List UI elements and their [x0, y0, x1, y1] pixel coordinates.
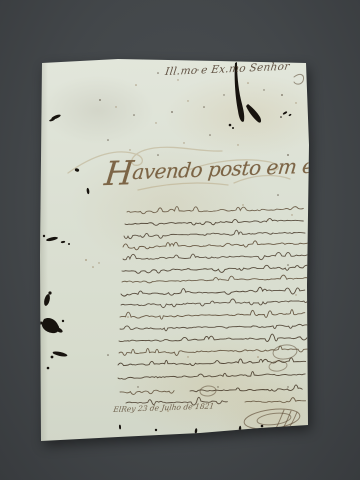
ink-speck [203, 106, 205, 108]
handwriting-line [127, 207, 303, 214]
ink-speck [155, 122, 156, 123]
ink-speck [107, 139, 109, 141]
ink-speck [291, 214, 292, 215]
ink-speck [287, 264, 289, 266]
ink-speck [98, 262, 99, 263]
ink-speck [187, 100, 188, 101]
signature-loop [256, 411, 291, 426]
ink-blot [48, 291, 51, 294]
ink-blot [46, 236, 58, 242]
handwriting-line [121, 299, 307, 308]
ink-speck [133, 114, 135, 116]
ink-blot [47, 367, 50, 370]
ink-speck [223, 94, 224, 95]
ink-blot [239, 426, 242, 433]
ink-speck [135, 84, 137, 86]
ink-blot [68, 243, 70, 245]
handwriting-line [118, 358, 306, 366]
handwriting-line [119, 334, 307, 342]
ink-speck [237, 144, 238, 145]
ink-blot [52, 350, 68, 357]
ink-blot [42, 318, 59, 333]
ink-speck [247, 82, 249, 84]
ink-blot [40, 322, 43, 325]
ink-blot [261, 425, 264, 428]
ink-speck [115, 106, 116, 107]
ink-speck [277, 194, 279, 196]
ink-speck [187, 356, 188, 357]
handwriting-line [120, 324, 309, 330]
paper-shadow-wrap: Ill.mo e Ex.mo Senhor Havendo posto em e… [38, 55, 310, 445]
ink-blot [282, 111, 287, 115]
flourish-loop [268, 360, 287, 372]
ink-blot [43, 294, 51, 307]
ink-speck [171, 111, 173, 113]
ink-speck [157, 154, 159, 156]
ink-blot [119, 425, 121, 430]
ink-speck [99, 99, 101, 101]
ink-speck [183, 142, 184, 143]
handwriting-line [122, 275, 309, 283]
handwriting-line [124, 230, 305, 239]
ink-blot [246, 104, 261, 123]
ink-blot [229, 124, 232, 127]
handwriting-line [123, 252, 307, 259]
handwriting-line [118, 372, 305, 380]
ink-speck [92, 266, 94, 268]
ink-speck [267, 219, 268, 220]
ink-speck [107, 354, 109, 356]
ink-speck [287, 386, 288, 387]
ink-blot [43, 235, 45, 237]
ink-speck [242, 204, 243, 205]
heading-flourish [294, 74, 304, 84]
ink-speck [127, 316, 129, 318]
ink-blot [232, 127, 234, 129]
ink-speck [263, 89, 264, 90]
ink-blot [155, 429, 157, 431]
ink-speck [217, 386, 218, 387]
ink-blot [280, 116, 282, 118]
handwriting-line [123, 241, 308, 250]
handwriting-line [122, 265, 310, 273]
ink-speck [177, 79, 178, 80]
manuscript-ink-svg [38, 55, 310, 445]
handwriting-line [120, 310, 305, 320]
handwriting-line [245, 398, 306, 403]
ink-blot [194, 428, 197, 434]
ink-speck [157, 72, 159, 74]
ink-speck [295, 102, 296, 103]
photo-background: Ill.mo e Ex.mo Senhor Havendo posto em e… [0, 0, 360, 480]
ink-speck [137, 386, 138, 387]
ink-speck [85, 259, 87, 261]
signature-loop [243, 406, 301, 432]
handwriting-line [121, 287, 305, 296]
ink-speck [129, 149, 130, 150]
handwriting-line [120, 390, 174, 394]
ink-speck [295, 294, 296, 295]
ink-blot [51, 356, 54, 359]
ink-blot [86, 188, 89, 195]
ink-blot [62, 320, 64, 322]
ink-speck [257, 356, 259, 358]
handwriting-line [119, 346, 309, 355]
handwriting-line [125, 219, 303, 226]
ink-blot [288, 114, 291, 117]
ink-speck [209, 134, 211, 136]
ink-speck [281, 94, 283, 96]
ink-blot [61, 241, 66, 244]
flourish-loop [272, 343, 298, 360]
paper-sheet: Ill.mo e Ex.mo Senhor Havendo posto em e… [38, 55, 310, 445]
opening-initial-capital: H [103, 153, 135, 193]
ghost-stroke [138, 183, 228, 190]
